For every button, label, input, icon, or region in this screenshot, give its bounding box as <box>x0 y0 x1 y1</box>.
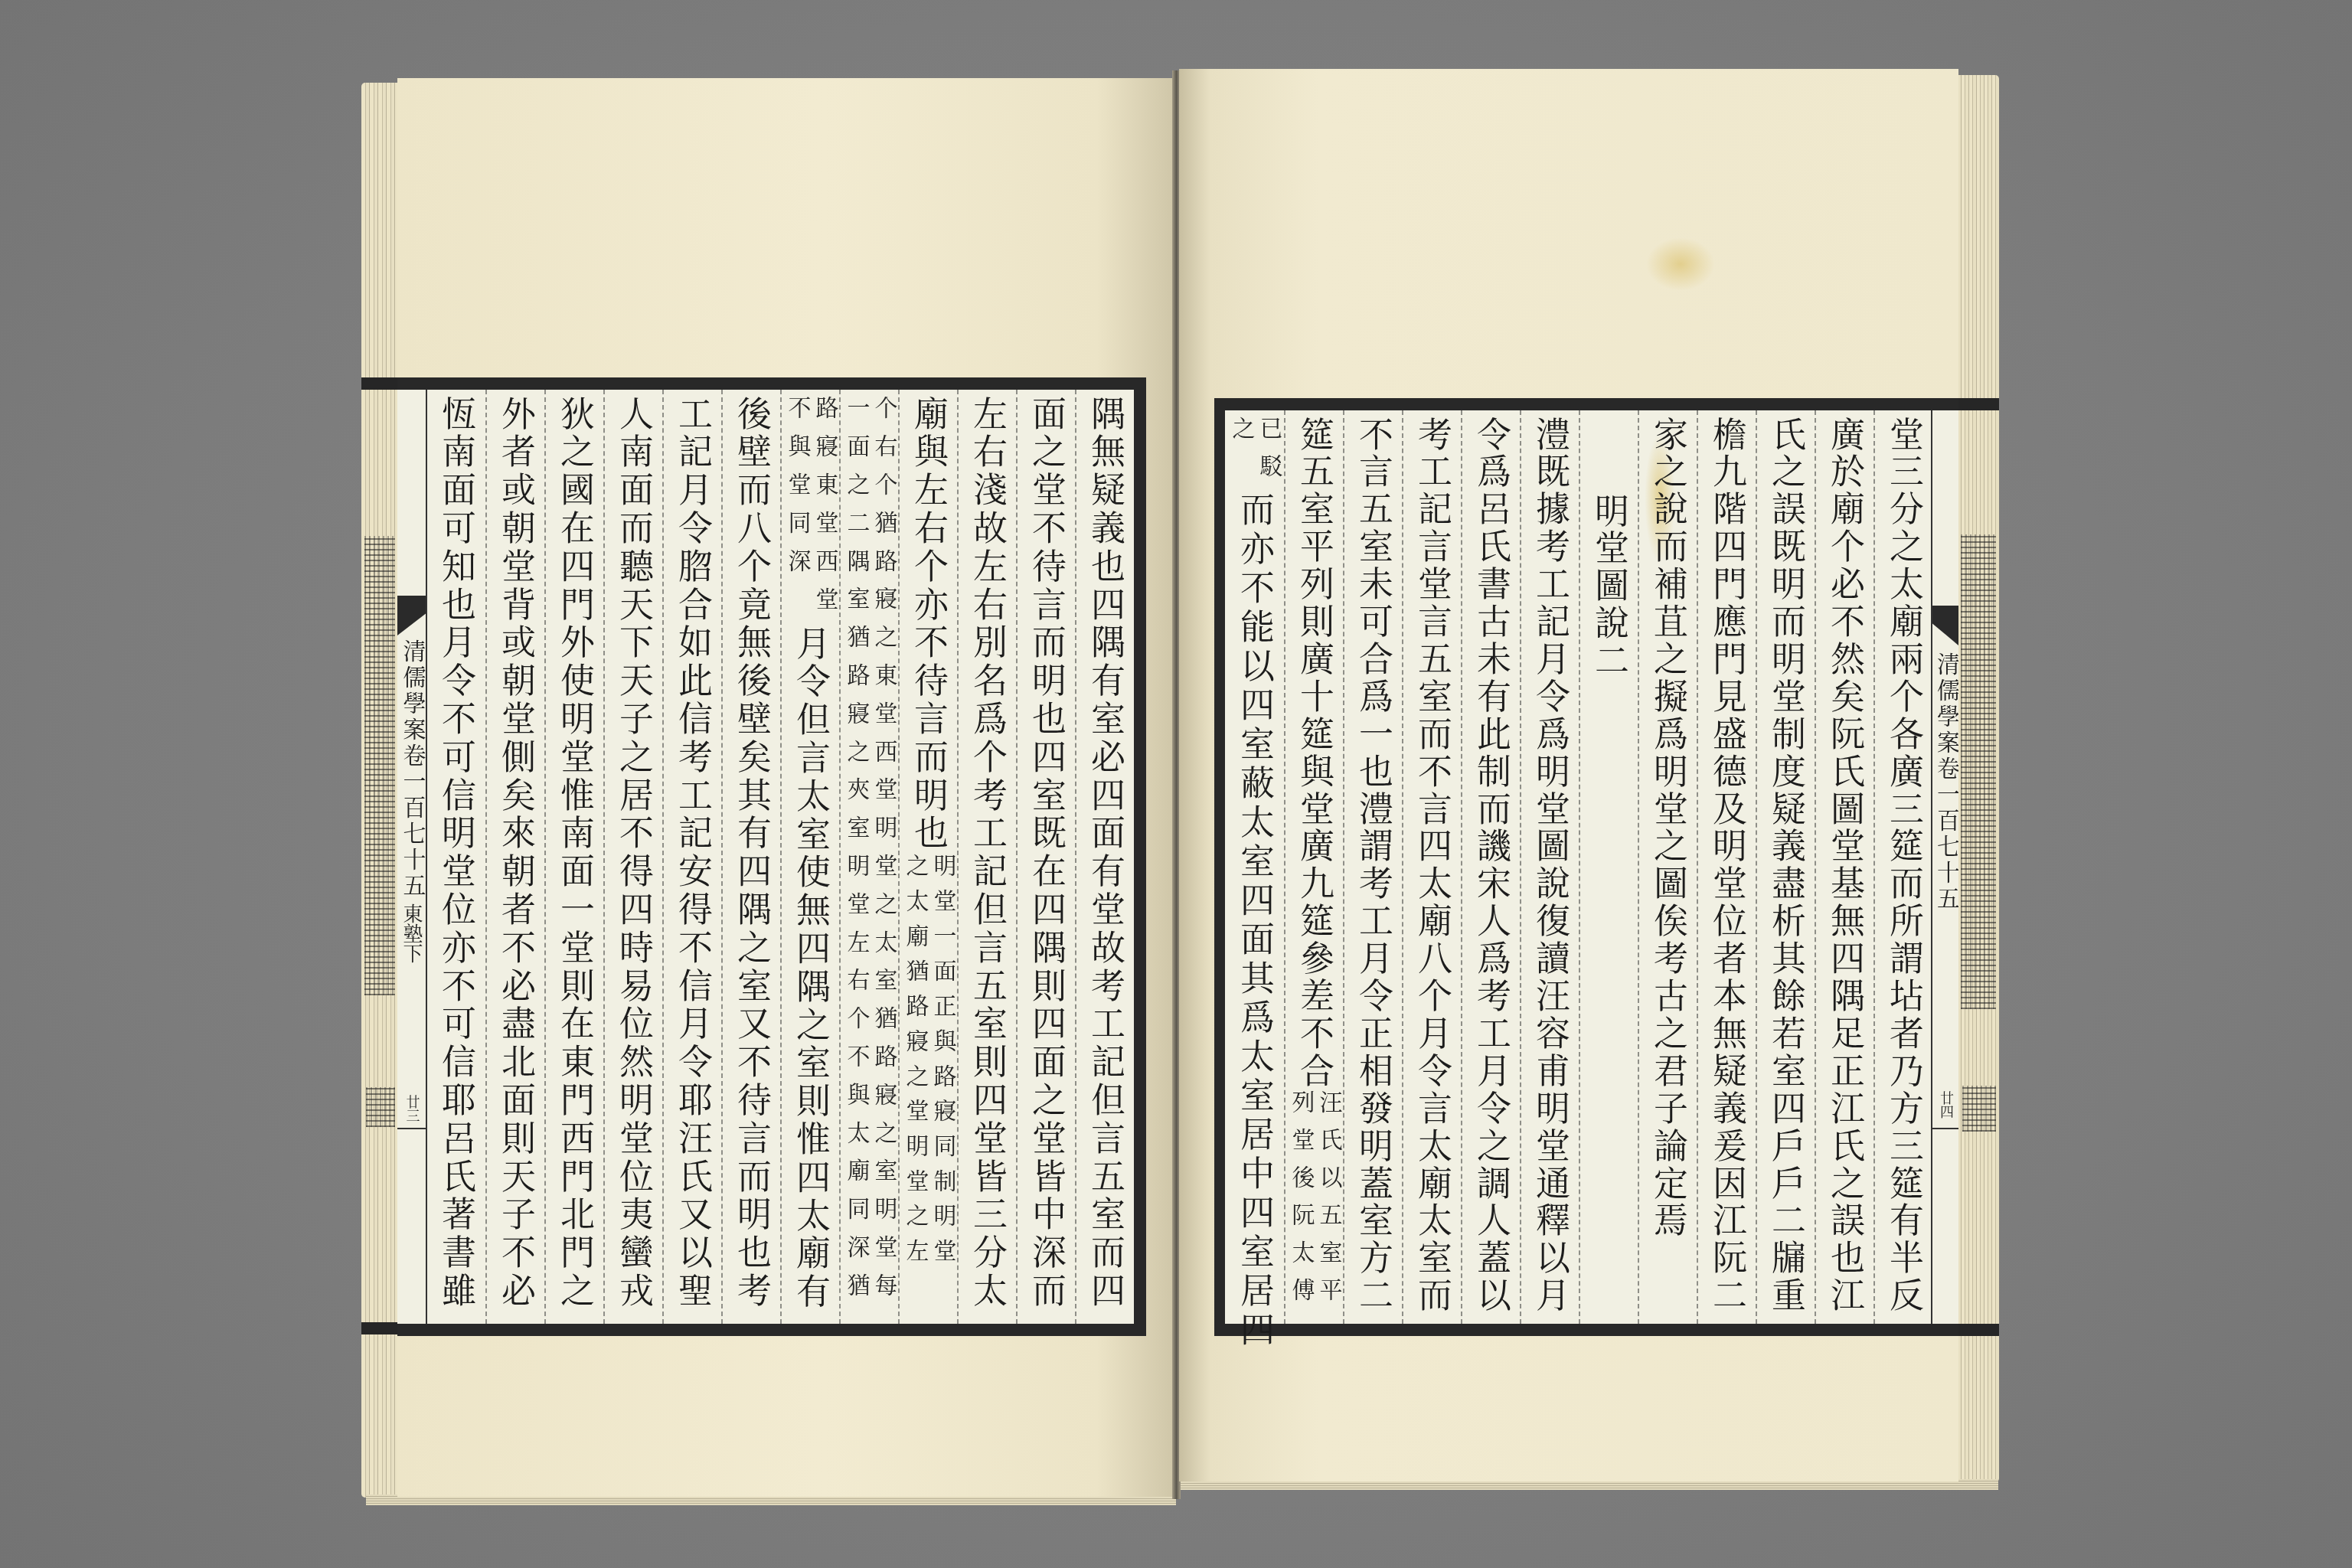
text-column: 人南面而聽天下天子之居不得四時易位然明堂位夷蠻戎 <box>603 390 662 1324</box>
text-column: 家之說而補苴之擬爲明堂之圖俟考古之君子論定焉 <box>1638 410 1697 1324</box>
column-text: 家之說而補苴之擬爲明堂之圖俟考古之君子論定焉 <box>1638 416 1697 1240</box>
strip-leaf-number: 廿四 <box>1935 1091 1955 1119</box>
double-line-annotation: 明堂一面正與路寢同制明堂 之太廟猶路寢之堂明堂之左 <box>899 854 958 1273</box>
text-column: 个右个猶路寢之東堂西堂明堂之太室猶路寢之室明堂每 一面之二隅室猶路寢之夾室明堂左… <box>839 390 898 1324</box>
column-text: 考工記言堂言五室而不言四太廟八个月令言太廟太室而 <box>1403 416 1462 1315</box>
strip-section-title: 東塾下 <box>397 903 426 963</box>
annotation-left-line: 列堂後阮太傅 <box>1287 1090 1315 1315</box>
stack-border-mark <box>1958 398 1999 410</box>
right-text-block: 清儒學案卷一百七十五 廿四 堂三分之太廟兩个各廣三筵而所謂坫者乃方三筵有半反 廣… <box>1225 410 1958 1324</box>
column-text: 而亦不能以四室蔽太室四面其爲太室居中四室居四 <box>1225 492 1284 1351</box>
left-page-edge-stack <box>361 83 398 1498</box>
stack-print-marks <box>364 536 395 995</box>
book-photo: 清儒學案卷一百七十五 東塾下 廿三 隅無疑義也四隅有室必四面有堂故考工記但言五室… <box>0 0 2352 1568</box>
double-line-annotation: 汪氏以五室平 列堂後阮太傅 <box>1285 1090 1344 1315</box>
text-column: 恆南面可知也月令不可信明堂位亦不可信耶呂氏著書雖 <box>426 390 485 1324</box>
stack-border-mark <box>361 1322 398 1334</box>
text-column: 後壁而八个竟無後壁矣其有四隅之室又不待言而明也考 <box>721 390 780 1324</box>
text-column: 檐九階四門應門見盛德及明堂位者本無疑義爰因江阮二 <box>1697 410 1756 1324</box>
column-text: 氏之誤既明而明堂制度疑義盡析其餘若室四戶戶二牖重 <box>1756 416 1815 1315</box>
column-text: 隅無疑義也四隅有室必四面有堂故考工記但言五室而四 <box>1076 396 1135 1311</box>
text-column: 澧既據考工記月令爲明堂圖說復讀汪容甫明堂通釋以月 <box>1520 410 1579 1324</box>
text-column: 氏之誤既明而明堂制度疑義盡析其餘若室四戶戶二牖重 <box>1756 410 1815 1324</box>
column-text: 澧既據考工記月令爲明堂圖說復讀汪容甫明堂通釋以月 <box>1521 416 1579 1315</box>
text-column: 考工記言堂言五室而不言四太廟八个月令言太廟太室而 <box>1402 410 1461 1324</box>
paper-stain <box>1646 237 1715 291</box>
annotation-left-line: 之 <box>1227 416 1255 492</box>
text-column: 隅無疑義也四隅有室必四面有堂故考工記但言五室而四 <box>1075 390 1134 1324</box>
stack-print-marks <box>366 1087 395 1127</box>
column-text: 後壁而八个竟無後壁矣其有四隅之室又不待言而明也考 <box>722 396 781 1311</box>
column-text: 堂三分之太廟兩个各廣三筵而所謂坫者乃方三筵有半反 <box>1874 416 1933 1315</box>
annotation-right-line: 个右个猶路寢之東堂西堂明堂之太室猶路寢之室明堂每 <box>870 396 897 1311</box>
text-column: 已駁 之 而亦不能以四室蔽太室四面其爲太室居中四室居四 <box>1225 410 1284 1324</box>
column-text: 工記月令脗合如此信考工記安得不信月令耶汪氏又以聖 <box>663 396 722 1311</box>
column-text: 恆南面可知也月令不可信明堂位亦不可信耶呂氏著書雖 <box>426 396 485 1311</box>
right-page: 清儒學案卷一百七十五 廿四 堂三分之太廟兩个各廣三筵而所謂坫者乃方三筵有半反 廣… <box>1179 69 1958 1481</box>
double-line-annotation: 个右个猶路寢之東堂西堂明堂之太室猶路寢之室明堂每 一面之二隅室猶路寢之夾室明堂左… <box>840 396 899 1311</box>
left-center-strip: 清儒學案卷一百七十五 東塾下 廿三 <box>397 390 427 1324</box>
text-column: 左右淺故左右別名爲个考工記但言五室則四堂皆三分太 <box>957 390 1016 1324</box>
column-text: 檐九階四門應門見盛德及明堂位者本無疑義爰因江阮二 <box>1697 416 1756 1315</box>
annotation-left-line: 一面之二隅室猶路寢之夾室明堂左右个不與太廟同深猶 <box>842 396 870 1311</box>
column-text: 不言五室未可合爲一也澧謂考工月令正相發明蓋室方二 <box>1344 416 1403 1315</box>
annotation-left-line: 之太廟猶路寢之堂明堂之左 <box>901 854 929 1273</box>
text-column: 路寢東堂西堂 不與堂同深 月令但言太室使無四隅之室則惟四太廟有 <box>780 390 839 1324</box>
column-text: 筵五室平列則廣十筵與堂廣九筵參差不合 <box>1285 416 1344 1090</box>
annotation-right-line: 路寢東堂西堂 <box>811 396 838 626</box>
column-text: 廣於廟个必不然矣阮氏圖堂基無四隅足正江氏之誤也江 <box>1815 416 1874 1315</box>
annotation-right-line: 明堂一面正與路寢同制明堂 <box>929 854 956 1273</box>
text-column: 堂三分之太廟兩个各廣三筵而所謂坫者乃方三筵有半反 <box>1873 410 1932 1324</box>
strip-rule <box>1932 1128 1958 1129</box>
column-text: 廟與左右个亦不待言而明也 <box>899 396 958 854</box>
text-column: 外者或朝堂背或朝堂側矣來朝者不必盡北面則天子不必 <box>485 390 544 1324</box>
left-text-frame: 清儒學案卷一百七十五 東塾下 廿三 隅無疑義也四隅有室必四面有堂故考工記但言五室… <box>397 377 1146 1336</box>
section-heading: 明堂圖說二 <box>1579 416 1638 681</box>
text-column: 廣於廟个必不然矣阮氏圖堂基無四隅足正江氏之誤也江 <box>1815 410 1873 1324</box>
column-text: 狄之國在四門外使明堂惟南面一堂則在東門西門北門之 <box>545 396 604 1311</box>
column-text: 令爲呂氏書古未有此制而譏宋人爲考工月令之調人蓋以 <box>1462 416 1521 1315</box>
text-column: 面之堂不待言而明也四室既在四隅則四面之堂皆中深而 <box>1016 390 1075 1324</box>
stack-print-marks <box>1962 1086 1996 1132</box>
stack-print-marks <box>1961 534 1996 1009</box>
column-text: 左右淺故左右別名爲个考工記但言五室則四堂皆三分太 <box>958 396 1017 1311</box>
double-line-annotation: 已駁 之 <box>1225 416 1284 492</box>
section-heading-column: 明堂圖說二 <box>1579 410 1638 1324</box>
column-text: 面之堂不待言而明也四室既在四隅則四面之堂皆中深而 <box>1017 396 1076 1311</box>
column-text: 人南面而聽天下天子之居不得四時易位然明堂位夷蠻戎 <box>604 396 663 1311</box>
column-text: 月令但言太室使無四隅之室則惟四太廟有 <box>781 626 840 1312</box>
strip-rule <box>397 1128 426 1129</box>
text-column: 筵五室平列則廣十筵與堂廣九筵參差不合 汪氏以五室平 列堂後阮太傅 <box>1284 410 1343 1324</box>
fishtail-mark-icon <box>1932 606 1958 645</box>
text-column: 廟與左右个亦不待言而明也 明堂一面正與路寢同制明堂 之太廟猶路寢之堂明堂之左 <box>898 390 957 1324</box>
column-text: 外者或朝堂背或朝堂側矣來朝者不必盡北面則天子不必 <box>486 396 545 1311</box>
fishtail-mark-icon <box>397 596 426 635</box>
annotation-right-line: 已駁 <box>1255 416 1282 492</box>
stack-border-mark <box>1958 1324 1999 1336</box>
text-column: 令爲呂氏書古未有此制而譏宋人爲考工月令之調人蓋以 <box>1461 410 1520 1324</box>
text-column: 不言五室未可合爲一也澧謂考工月令正相發明蓋室方二 <box>1343 410 1402 1324</box>
right-text-frame: 清儒學案卷一百七十五 廿四 堂三分之太廟兩个各廣三筵而所謂坫者乃方三筵有半反 廣… <box>1214 398 1958 1336</box>
left-text-block: 清儒學案卷一百七十五 東塾下 廿三 隅無疑義也四隅有室必四面有堂故考工記但言五室… <box>397 390 1134 1324</box>
right-page-edge-stack <box>1958 75 1999 1482</box>
strip-leaf-number: 廿三 <box>402 1095 422 1122</box>
text-column: 工記月令脗合如此信考工記安得不信月令耶汪氏又以聖 <box>662 390 721 1324</box>
strip-book-title: 清儒學案卷一百七十五 <box>397 639 429 900</box>
annotation-left-line: 不與堂同深 <box>783 396 811 626</box>
annotation-right-line: 汪氏以五室平 <box>1315 1090 1342 1315</box>
text-column: 狄之國在四門外使明堂惟南面一堂則在東門西門北門之 <box>544 390 603 1324</box>
stack-border-mark <box>361 377 398 390</box>
right-center-strip: 清儒學案卷一百七十五 廿四 <box>1931 410 1958 1324</box>
left-page: 清儒學案卷一百七十五 東塾下 廿三 隅無疑義也四隅有室必四面有堂故考工記但言五室… <box>397 78 1174 1497</box>
double-line-annotation: 路寢東堂西堂 不與堂同深 <box>781 396 840 626</box>
